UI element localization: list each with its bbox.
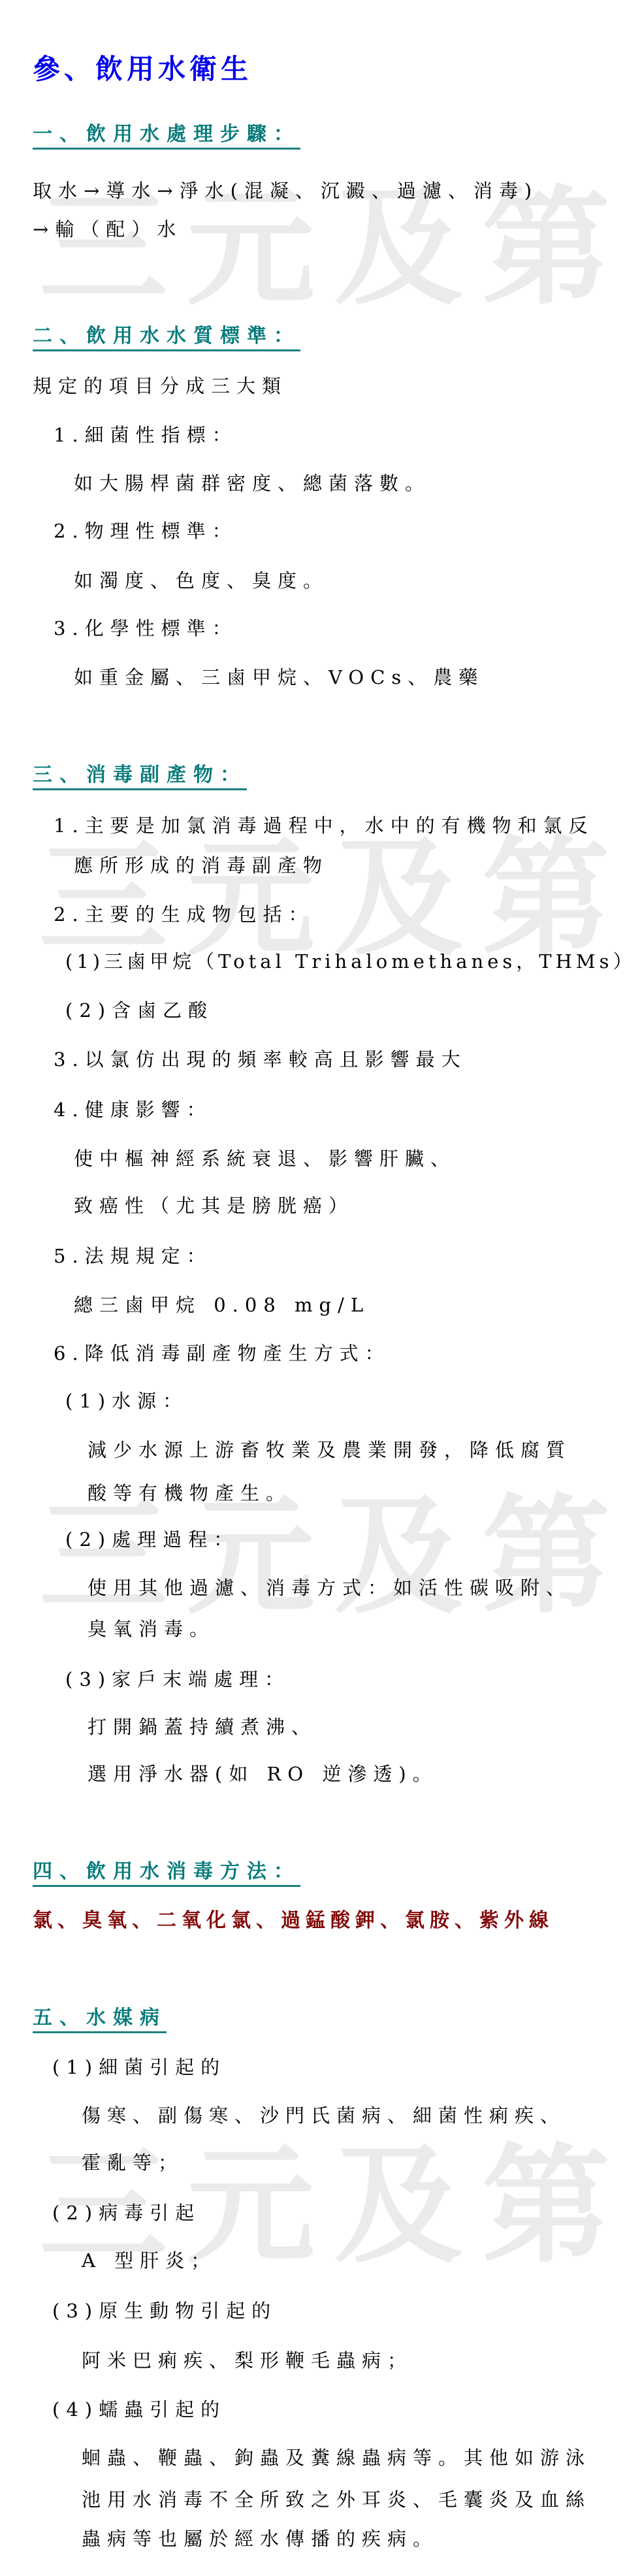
list-item-continuation: 應所形成的消毒副產物 [74, 852, 328, 878]
list-item-detail: 蟲病等也屬於經水傳播的疾病。 [82, 2526, 438, 2552]
list-item-label: (2)病毒引起 [52, 2200, 200, 2226]
sub-item-detail: 選用淨水器(如 RO 逆滲透)。 [88, 1761, 438, 1787]
section-heading-4: 四、飲用水消毒方法： [33, 1859, 300, 1887]
sub-item: (1)三鹵甲烷（Total Trihalomethanes，THMs） [65, 948, 635, 974]
list-item-detail: A 型肝炎； [82, 2247, 216, 2274]
sub-item-detail: 使用其他過濾、消毒方式：如活性碳吸附、 [88, 1575, 571, 1601]
list-item-detail: 傷寒、副傷寒、沙門氏菌病、細菌性痢疾、 [82, 2102, 566, 2129]
list-item-label: 3.以氯仿出現的頻率較高且影響最大 [54, 1046, 467, 1072]
sub-item-detail: 減少水源上游畜牧業及農業開發，降低腐質 [88, 1437, 571, 1463]
section-heading-1: 一、飲用水處理步驟： [33, 121, 300, 150]
sub-item: (2)含鹵乙酸 [65, 997, 214, 1023]
list-item-label: (1)細菌引起的 [52, 2054, 226, 2080]
list-item-label: 3.化學性標準： [54, 615, 238, 641]
disinfection-methods: 氯、臭氧、二氧化氯、過錳酸鉀、氯胺、紫外線 [33, 1908, 554, 1934]
process-line: 取水→導水→淨水(混凝、沉澱、過濾、消毒) [33, 178, 538, 204]
list-item-detail: 霍亂等； [82, 2149, 184, 2176]
list-item-label: 5.法規規定： [54, 1243, 212, 1269]
section-heading-3: 三、消毒副產物： [33, 762, 247, 790]
process-line: →輸（配）水 [33, 216, 182, 242]
list-item-detail: 如濁度、色度、臭度。 [74, 568, 328, 594]
list-item-detail: 使中樞神經系統衰退、影響肝臟、 [74, 1146, 456, 1172]
list-item-detail: 如大腸桿菌群密度、總菌落數。 [74, 470, 430, 496]
list-item-label: (4)蠕蟲引起的 [52, 2396, 226, 2423]
sub-item-label: (2)處理過程： [65, 1526, 239, 1553]
sub-item-detail: 打開鍋蓋持續煮沸、 [88, 1714, 317, 1740]
list-item-detail: 如重金屬、三鹵甲烷、VOCs、農藥 [74, 664, 484, 690]
list-item-label: 4.健康影響： [54, 1097, 212, 1123]
watermark: 三元及第 [39, 1492, 607, 1622]
section-heading-5: 五、水媒病 [33, 2005, 167, 2033]
sub-item-label: (3)家戶末端處理： [65, 1666, 290, 1692]
list-item-detail: 池用水消毒不全所致之外耳炎、毛囊炎及血絲 [82, 2487, 591, 2513]
list-item-detail: 總三鹵甲烷 0.08 mg/L [74, 1292, 370, 1318]
list-item-label: (3)原生動物引起的 [52, 2298, 277, 2324]
sub-item-label: (1)水源： [65, 1388, 188, 1414]
sub-item-detail: 臭氧消毒。 [88, 1616, 215, 1642]
sub-item-detail: 酸等有機物產生。 [88, 1480, 291, 1506]
list-item-label: 1.細菌性指標： [54, 422, 238, 448]
list-item-label: 2.主要的生成物包括： [54, 901, 314, 927]
list-item-label: 1.主要是加氯消毒過程中，水中的有機物和氯反 [54, 813, 594, 839]
section-intro: 規定的項目分成三大類 [33, 373, 287, 399]
list-item-label: 2.物理性標準： [54, 518, 238, 544]
list-item-detail: 阿米巴痢疾、梨形鞭毛蟲病； [82, 2347, 413, 2374]
section-heading-2: 二、飲用水水質標準： [33, 323, 300, 351]
list-item-label: 6.降低消毒副產物產生方式： [54, 1340, 391, 1366]
list-item-detail: 蛔蟲、鞭蟲、鉤蟲及糞線蟲病等。其他如游泳 [82, 2445, 591, 2471]
page-title: 參、飲用水衛生 [33, 51, 252, 88]
list-item-detail: 致癌性（尤其是膀胱癌） [74, 1193, 354, 1219]
